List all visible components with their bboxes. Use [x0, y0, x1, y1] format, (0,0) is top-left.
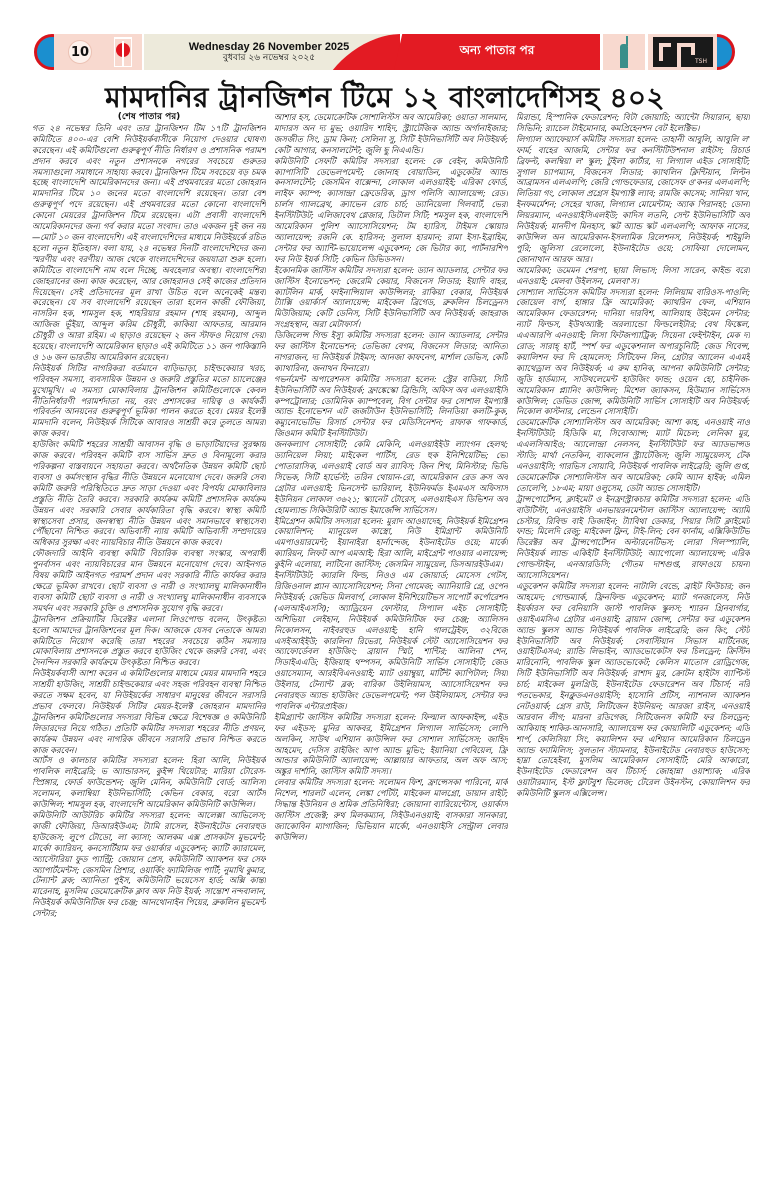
paragraph: আর্টস ও কালচার কমিটির সদস্যরা হলেন: হিরা… [32, 755, 266, 810]
date-block: Wednesday 26 November 2025 বুধবার ২৬ নভে… [144, 34, 394, 70]
flag-emblem-icon [114, 37, 132, 67]
article-column-1: (শেষ পাতার পর) গত ২৪ নভেম্বর তিনি এবং তা… [32, 112, 266, 1172]
paragraph: ডেমোক্রেটিক সোশ্যালিস্টস অব আমেরিকা; আশা… [516, 417, 750, 493]
paragraph: মিরান্ডা, হিস্পানিক ফেডারেশন; বিটা জোয়া… [516, 112, 750, 134]
article-body: (শেষ পাতার পর) গত ২৪ নভেম্বর তিনি এবং তা… [32, 112, 750, 1172]
liberty-statue-block [603, 34, 645, 70]
article-column-3: মিরান্ডা, হিস্পানিক ফেডারেশন; বিটা জোয়া… [516, 112, 750, 1172]
paragraph: সোশ্যাল সার্ভিসেস কমিটির সদস্যরা হলেন: ল… [516, 287, 750, 418]
right-cap-ornament [717, 34, 737, 70]
statue-of-liberty-icon [617, 36, 631, 68]
paragraph: ইমিগ্রেশন কমিটির সদস্যরা হলেন: মুরাদ আওয… [274, 516, 508, 571]
paragraph: ফৌজদারি আইনি ব্যবস্থা কমিটি বিচারিক ব্যব… [32, 548, 266, 613]
logo-tag: TSH [695, 57, 711, 66]
paragraph: ইকোনমিক জাস্টিস কমিটির সদস্যরা হলেন: ড্য… [274, 265, 508, 330]
article-column-2: আশার হস, ডেমোক্রেটিক সোশালিস্টস অব আমেরি… [274, 112, 508, 1172]
paragraph: গত ২৪ নভেম্বর তিনি এবং তার ট্রানজিশন টিম… [32, 123, 266, 363]
paragraph: এডুকেশন কমিটির সদস্যরা হলেন: নাটালি বেন্… [516, 581, 750, 799]
paragraph: জনকল্যাণ সোসাইটি; কেমি মেকিনি, এলওয়াইইউ… [274, 439, 508, 515]
paragraph: ট্রান্সপোর্টেশন, ক্লাইমেট ও ইনফ্রাস্ট্রা… [516, 494, 750, 581]
date-bengali: বুধবার ২৬ নভেম্বর ২০২৫ [223, 53, 315, 63]
left-cap-ornament [34, 34, 54, 70]
paragraph: নিউইয়র্কবাসী আশা করেন এ কমিটিগুলোর মাধ্… [32, 668, 266, 755]
continuation-kicker: (শেষ পাতার পর) [32, 112, 266, 123]
paragraph: ইনস্টিটিউট; ক্যারলি ফিল্ড, নিওও এম জোয়া… [274, 570, 508, 712]
page-number: 10 [68, 40, 92, 64]
date-english: Wednesday 26 November 2025 [189, 41, 350, 54]
paragraph: কমিউনিটি সেফটি কমিটির সদস্যরা হলেন: কে ব… [274, 156, 508, 265]
paragraph: ট্রানজিশন প্রক্রিয়াটির ডিরেক্টর এলানা ল… [32, 614, 266, 669]
paragraph: আশার হস, ডেমোক্রেটিক সোশালিস্টস অব আমেরি… [274, 112, 508, 156]
paragraph: আমেরিকা; ডমেমন শেরপা, ছায়া লিভাস; লিসা … [516, 265, 750, 287]
paragraph: হাউজিং কমিটি শহরের সাশ্রয়ী আবাসন বৃদ্ধি… [32, 439, 266, 548]
paragraph: নিউইয়র্ক সিটির নাগরিকরা বর্তমানে বাড়িভ… [32, 363, 266, 439]
paragraph: গভর্নমেন্ট অপারেশনস কমিটির সদস্যরা হলেন:… [274, 374, 508, 439]
masthead-logo: TSH [648, 34, 718, 70]
paragraph: কমিউনিটি আউটরিচ কমিটির সদস্যরা হলেন: আলে… [32, 810, 266, 919]
page-number-block: 10 [54, 34, 142, 70]
paragraph: ইমিগ্র্যান্ট জাস্টিস কমিটির সদস্যরা হলেন… [274, 712, 508, 777]
logo-icon: TSH [653, 37, 713, 67]
paragraph: লিগ্যাল অ্যাফেয়ার্স কমিটির সদস্যরা হলেন… [516, 134, 750, 265]
paragraph: ডিজিলেন্স গিল্ড ইস্যু কমিটির সদস্যরা হলে… [274, 330, 508, 374]
section-label: অন্য পাতার পর [394, 34, 600, 70]
paragraph: লেবার কমিটির সদস্যরা হলেন: সলোমন ফিশ, ফ্… [274, 777, 508, 842]
